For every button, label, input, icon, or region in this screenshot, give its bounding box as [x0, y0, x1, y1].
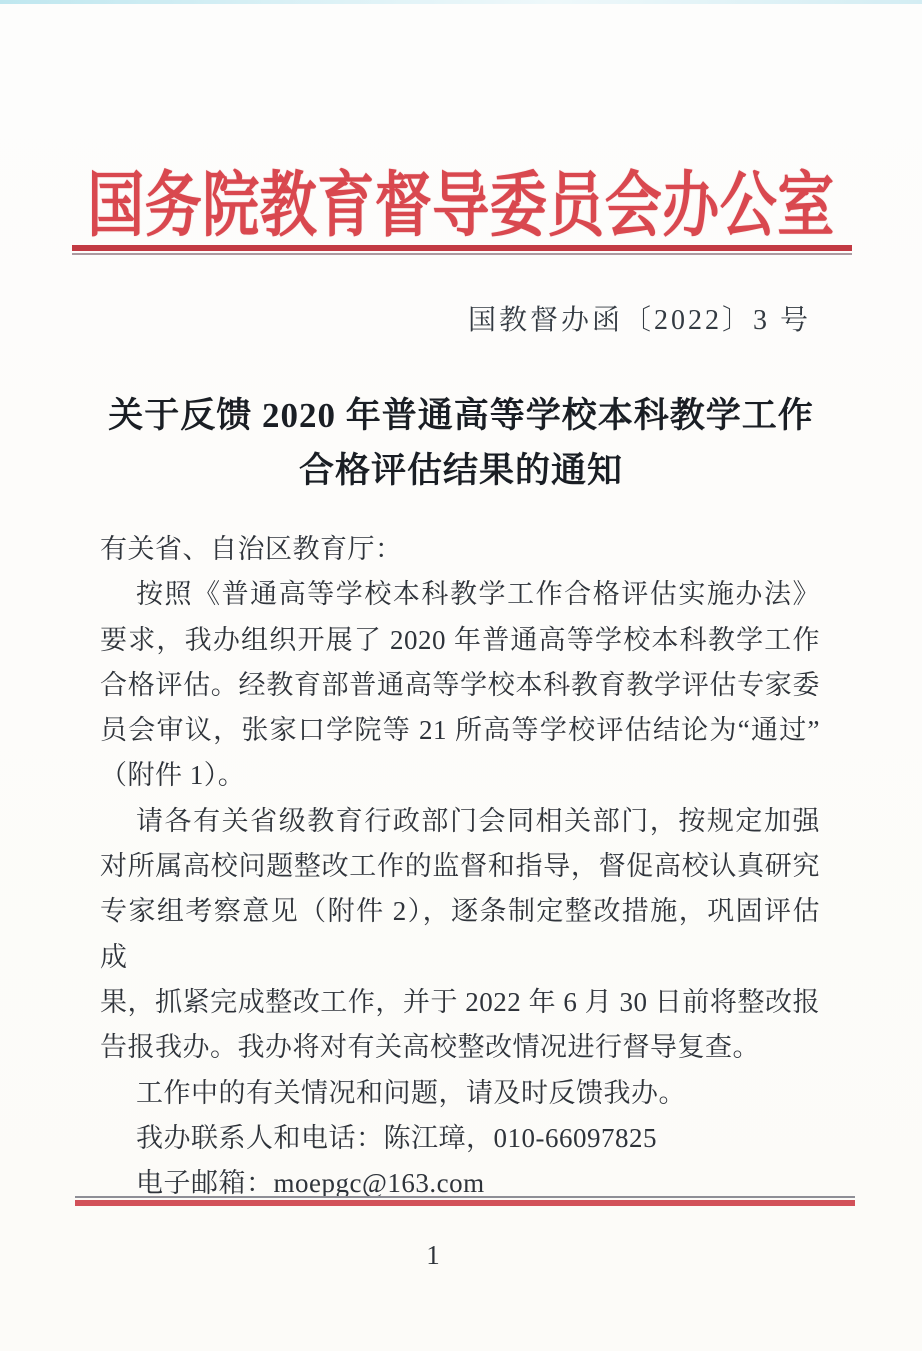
- issuing-office-name: 国务院教育督导委员会办公室: [0, 148, 922, 251]
- body-line: 告报我办。我办将对有关高校整改情况进行督导复查。: [100, 1025, 820, 1070]
- salutation: 有关省、自治区教育厅：: [100, 527, 820, 572]
- body-line: 要求，我办组织开展了 2020 年普通高等学校本科教学工作: [100, 618, 820, 663]
- document-title-line1: 关于反馈 2020 年普通高等学校本科教学工作: [0, 388, 922, 443]
- footer-red-rule: [75, 1196, 855, 1206]
- document-title-line2: 合格评估结果的通知: [0, 443, 922, 498]
- document-title: 关于反馈 2020 年普通高等学校本科教学工作 合格评估结果的通知: [0, 388, 922, 498]
- document-body: 有关省、自治区教育厅： 按照《普通高等学校本科教学工作合格评估实施办法》 要求，…: [100, 527, 820, 1206]
- body-line: 对所属高校问题整改工作的监督和指导，督促高校认真研究: [100, 844, 820, 889]
- body-line: （附件 1）。: [100, 753, 820, 798]
- contact-person-phone-line: 我办联系人和电话：陈江璋，010-66097825: [100, 1116, 820, 1161]
- body-line: 工作中的有关情况和问题，请及时反馈我办。: [100, 1071, 820, 1116]
- header-rule-thin-line: [72, 253, 852, 255]
- body-line: 按照《普通高等学校本科教学工作合格评估实施办法》: [100, 572, 820, 617]
- body-line: 请各有关省级教育行政部门会同相关部门，按规定加强: [100, 799, 820, 844]
- body-line: 员会审议，张家口学院等 21 所高等学校评估结论为“通过”: [100, 708, 820, 753]
- footer-rule-thick-line: [75, 1200, 855, 1206]
- document-reference-number: 国教督办函〔2022〕3 号: [468, 298, 811, 338]
- scanned-document-page: 国务院教育督导委员会办公室 国教督办函〔2022〕3 号 关于反馈 2020 年…: [0, 0, 922, 1351]
- body-line: 专家组考察意见（附件 2），逐条制定整改措施，巩固评估成: [100, 889, 820, 980]
- body-line: 合格评估。经教育部普通高等学校本科教育教学评估专家委: [100, 663, 820, 708]
- body-line: 果，抓紧完成整改工作，并于 2022 年 6 月 30 日前将整改报: [100, 980, 820, 1025]
- page-number: 1: [373, 1240, 493, 1271]
- header-red-rule: [72, 245, 852, 255]
- scan-edge-artifact: [0, 0, 922, 4]
